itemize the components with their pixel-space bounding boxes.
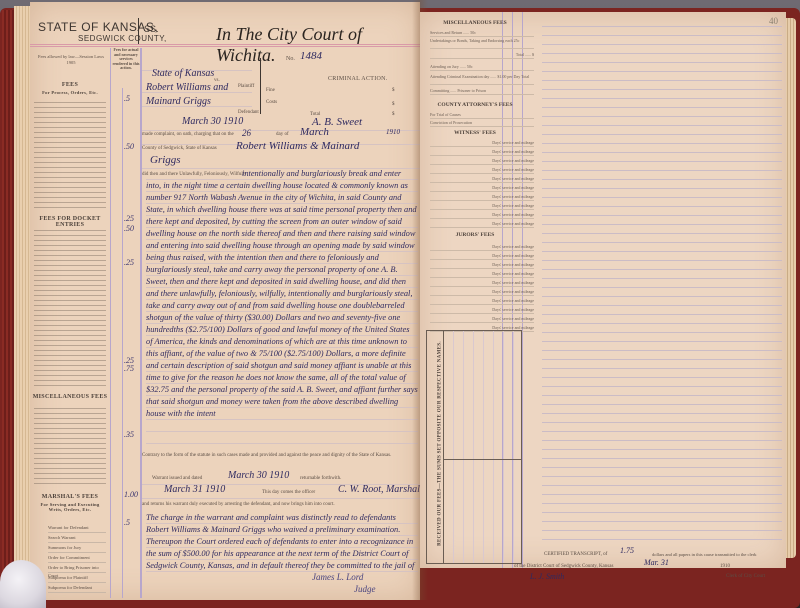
juror-item: Days' service and mileage xyxy=(430,271,534,278)
case-number-label: No. xyxy=(286,56,295,62)
defendant-name-1: Robert Williams and xyxy=(146,82,228,93)
marshal-item: Subpoena for Plaintiff xyxy=(48,574,106,583)
accused-names-cont: Griggs xyxy=(150,154,181,166)
fee-item: Services and Return ...... 50c xyxy=(430,30,534,37)
witness-fees-heading: WITNESS' FEES xyxy=(420,130,530,136)
witness-item: Days' service and mileage xyxy=(430,194,534,201)
disposition-text: The charge in the warrant and complaint … xyxy=(146,512,418,572)
defendant-label: Defendant xyxy=(238,110,259,115)
received-fees-text: RECEIVED OUR FEES—THE SUMS SET OPPOSITE … xyxy=(438,339,443,549)
fee-amount: .50 xyxy=(124,224,134,233)
fee-amount: .5 xyxy=(124,518,130,527)
misc-fees-heading: MISCELLANEOUS FEES xyxy=(30,394,110,400)
warrant-issued-label: Warrant issued and dated xyxy=(152,476,202,481)
plaintiff-label: Plaintiff xyxy=(238,84,254,89)
transcript-year: 1910 xyxy=(720,564,730,569)
fee-amount: .25 xyxy=(124,258,134,267)
juror-item: Days' service and mileage xyxy=(430,307,534,314)
marshal-item: Warrant for Defendant xyxy=(48,524,106,533)
witness-item: Days' service and mileage xyxy=(430,158,534,165)
certified-transcript-label: CERTIFIED TRANSCRIPT, of xyxy=(544,552,607,557)
costs-label: Costs xyxy=(266,100,277,105)
fee-item: Attending Criminal Examination day .....… xyxy=(430,74,534,85)
juror-item: Days' service and mileage xyxy=(430,289,534,296)
return-date: March 31 1910 xyxy=(164,484,225,495)
witness-item: Days' service and mileage xyxy=(430,140,534,147)
fee-amount: 1.00 xyxy=(124,490,138,499)
currency: $ xyxy=(392,102,395,107)
marshal-fees-subheading: For Serving and Executing Writs, Orders,… xyxy=(35,502,105,512)
jurors-fees-heading: JURORS' FEES xyxy=(420,232,530,238)
action-type: CRIMINAL ACTION. xyxy=(328,76,388,82)
juror-item: Days' service and mileage xyxy=(430,316,534,323)
county-label: SEDGWICK COUNTY, xyxy=(78,34,167,43)
amount-column xyxy=(110,48,142,598)
misc-fees-text xyxy=(34,404,106,484)
fee-amount: .50 xyxy=(124,142,134,151)
fee-amount: .75 xyxy=(124,364,134,373)
currency: $ xyxy=(392,112,395,117)
defendant-name-2: Mainard Griggs xyxy=(146,96,211,107)
witness-item: Days' service and mileage xyxy=(430,203,534,210)
fees-heading: FEES xyxy=(30,82,110,88)
marshal-item: Order for Commitment xyxy=(48,554,106,563)
transcript-amount: 1.75 xyxy=(620,546,634,555)
day-of-label: day of xyxy=(276,132,289,137)
contrary-text: Contrary to the form of the statute in s… xyxy=(142,452,418,460)
witness-item: Days' service and mileage xyxy=(430,185,534,192)
witness-item: Days' service and mileage xyxy=(430,221,534,228)
amount-caption: Fees for actual and necessary services r… xyxy=(112,48,140,71)
offense-year: 1910 xyxy=(386,128,400,136)
received-fees-box: RECEIVED OUR FEES—THE SUMS SET OPPOSITE … xyxy=(426,330,522,564)
complaint-date: March 30 1910 xyxy=(182,116,243,127)
county-state-label: County of Sedgwick, State of Kansas xyxy=(142,146,217,151)
clerk-signature: L. J. Smith xyxy=(530,572,564,581)
right-page: 40 MISCELLANEOUS FEES Services and Retur… xyxy=(420,12,786,568)
transcript-text: dollars and all papers in this cause tra… xyxy=(652,552,756,557)
page-header: STATE OF KANSAS, SEDGWICK COUNTY, SS. In… xyxy=(30,2,420,47)
juror-item: Days' service and mileage xyxy=(430,244,534,251)
witness-item: Days' service and mileage xyxy=(430,149,534,156)
returnable-label: returnable forthwith. xyxy=(300,476,341,481)
offense-day: 26 xyxy=(242,128,251,138)
currency: $ xyxy=(392,88,395,93)
fee-item: Undertakings or Bonds, Taking and Endors… xyxy=(430,38,534,49)
juror-item: Days' service and mileage xyxy=(430,253,534,260)
fine-label: Fine xyxy=(266,88,275,93)
warrant-date: March 30 1910 xyxy=(228,470,289,481)
accused-names: Robert Williams & Mainard xyxy=(236,140,359,152)
fees-subheading: For Process, Orders, Etc. xyxy=(30,90,110,95)
witness-item: Days' service and mileage xyxy=(430,167,534,174)
fee-amount: .35 xyxy=(124,430,134,439)
county-attorney-fees-heading: COUNTY ATTORNEY'S FEES xyxy=(420,102,530,108)
fee-item: For Trial of Causes xyxy=(430,112,534,119)
district-court-text: of the District Court of Sedgwick County… xyxy=(514,564,613,569)
fees-caption: Fees allowed by law—Session Laws 1905 xyxy=(36,54,106,65)
docket-fees-text xyxy=(34,226,106,386)
transcript-date: Mar. 31 xyxy=(644,558,669,567)
marshal-fees-heading: MARSHAL'S FEES xyxy=(30,494,110,500)
fee-item: Total ...... $ xyxy=(430,52,534,59)
left-page: STATE OF KANSAS, SEDGWICK COUNTY, SS. In… xyxy=(30,2,420,600)
charge-text: intentionally and burglariously break an… xyxy=(146,168,418,450)
ss-label: SS. xyxy=(144,24,159,34)
fee-amount: .25 xyxy=(124,214,134,223)
plaintiff-name: State of Kansas xyxy=(152,68,214,79)
witness-item: Days' service and mileage xyxy=(430,212,534,219)
marshal-item: Search Warrant xyxy=(48,534,106,543)
judge-signature: James L. Lord xyxy=(312,572,363,582)
offense-month: March xyxy=(300,126,329,138)
brace xyxy=(260,58,261,114)
complaint-text: made complaint, on oath, charging that o… xyxy=(142,132,234,137)
fees-schedule-text xyxy=(34,98,106,208)
judge-title: Judge xyxy=(354,584,376,594)
return-text: and returns his warrant duly executed by… xyxy=(142,502,335,507)
case-record: State of Kansas vs. Plaintiff Robert Wil… xyxy=(142,48,420,598)
officer-name: C. W. Root, Marshal xyxy=(338,484,420,495)
officer-text: This day comes the officer xyxy=(262,490,315,495)
misc-fees-heading: MISCELLANEOUS FEES xyxy=(420,20,530,26)
fee-item: Attending on Jury ...... 50c xyxy=(430,64,534,71)
page-number: 40 xyxy=(769,16,778,26)
fee-item: Conviction of Prosecution xyxy=(430,120,534,127)
case-number: 1484 xyxy=(300,50,322,62)
marshal-item: Subpoena for Defendant xyxy=(48,584,106,593)
marshal-item: Order to Bring Prisoner into Court xyxy=(48,564,106,573)
fee-amount: .5 xyxy=(124,94,130,103)
marshal-item: Summons for Jury xyxy=(48,544,106,553)
clerk-label: Clerk of City Court xyxy=(726,574,765,579)
juror-item: Days' service and mileage xyxy=(430,298,534,305)
juror-item: Days' service and mileage xyxy=(430,280,534,287)
juror-item: Days' service and mileage xyxy=(430,262,534,269)
ss-brace xyxy=(138,18,141,44)
witness-item: Days' service and mileage xyxy=(430,176,534,183)
fees-column: Fees allowed by law—Session Laws 1905 FE… xyxy=(30,48,111,598)
fee-item: Committing ...... Prisoner to Prison xyxy=(430,88,534,95)
gloved-hand xyxy=(0,560,46,608)
